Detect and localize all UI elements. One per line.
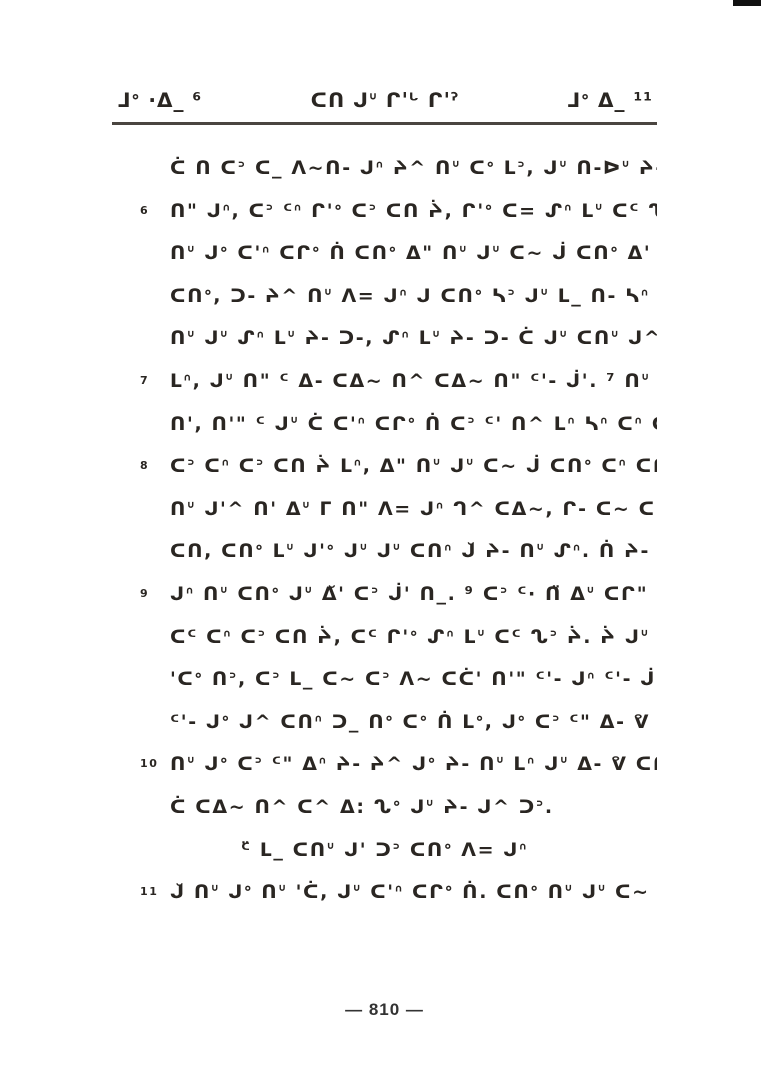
text-line: 'ᑕᐤ ᑎᐣ, ᑕᐣ ᒪ_ ᑕ~ ᑕᐣ ᐱ~ ᑕᑖ' ᑎ'" ᑦ'- ᒍᐢ ᑦ'… bbox=[112, 658, 657, 701]
line-text: ᑕᑎᐤ, ᑐ- ᔨ^ ᑎᐡ ᐱ= ᒍᐢ ᒍ ᑕᑎᐤ ᓴᐣ ᒍᐡ ᒪ_ ᑎ- ᓴᐢ… bbox=[170, 285, 657, 307]
text-line: ᑖ ᑎ ᑕᐣ ᑕ_ ᐱ~ᑎ- ᒍᐢ ᔨ^ ᑎᐡ ᑕᐤ ᒪᐣ, ᒍᐡ ᑎ-ᐅᐡ ᔨ… bbox=[112, 147, 657, 190]
verse-number: 9 bbox=[140, 573, 162, 616]
line-text: ᑖ ᑎ ᑕᐣ ᑕ_ ᐱ~ᑎ- ᒍᐢ ᔨ^ ᑎᐡ ᑕᐤ ᒪᐣ, ᒍᐡ ᑎ-ᐅᐡ ᔨ… bbox=[170, 157, 657, 179]
verse-number: 6 bbox=[140, 190, 162, 233]
line-text: 'ᑕᐤ ᑎᐣ, ᑕᐣ ᒪ_ ᑕ~ ᑕᐣ ᐱ~ ᑕᑖ' ᑎ'" ᑦ'- ᒍᐢ ᑦ'… bbox=[170, 668, 657, 690]
text-line: ᑎᐡ ᒍᐡ ᔑᐢ ᒪᐡ ᔨ- ᑐ-, ᔑᐢ ᒪᐡ ᔨ- ᑐ- ᑖ ᒍᐡ ᑕᑎᐡ … bbox=[112, 317, 657, 360]
line-text: ᒍ̆ ᑎᐡ ᒍᐤ ᑎᐡ 'ᑖ, ᒍᐡ ᑕ'ᐢ ᑕᒋᐤ ᑏ. ᑕᑎᐤ ᑎᐡ ᒍᐡ … bbox=[170, 881, 657, 903]
text-line: 7ᒪᐢ, ᒍᐡ ᑎ" ᑦ ᐃ- ᑕᐃ~ ᑎ^ ᑕᐃ~ ᑎ" ᑦ'- ᒎ'. ⁷ … bbox=[112, 360, 657, 403]
line-text: ᑎᐡ ᒍᐤ ᑕ'ᐢ ᑕᒋᐤ ᑏ ᑕᑎᐤ ᐃ" ᑎᐡ ᒍᐡ ᑕ~ ᒎ ᑕᑎᐤ ᐃ'… bbox=[170, 242, 657, 264]
text-line: ᑕᑎ, ᑕᑎᐤ ᒪᐡ ᒍ'ᐤ ᒍᐡ ᒍᐡ ᑕᑎᐢ ᒍ̆ ᔨ- ᑎᐡ ᔑᐢ. ᑏ … bbox=[112, 530, 657, 573]
verse-number: 8 bbox=[140, 445, 162, 488]
line-text: ᒍᐢ ᑎᐡ ᑕᑎᐤ ᒍᐡ ᐃ̆' ᑕᐣ ᒎ' ᑎ_. ⁹ ᑕᐣ ᑦ· ᑎ̈ ᐃᐡ… bbox=[170, 583, 657, 605]
verse-number: 11 bbox=[140, 871, 162, 914]
text-line: 8ᑕᐣ ᑕᐢ ᑕᐣ ᑕᑎ ᔩ ᒪᐢ, ᐃ" ᑎᐡ ᒍᐡ ᑕ~ ᒎ ᑕᑎᐤ ᑕᐢ … bbox=[112, 445, 657, 488]
text-line: 9ᒍᐢ ᑎᐡ ᑕᑎᐤ ᒍᐡ ᐃ̆' ᑕᐣ ᒎ' ᑎ_. ⁹ ᑕᐣ ᑦ· ᑎ̈ ᐃ… bbox=[112, 573, 657, 616]
text-line: ᑎᐡ ᒍ'^ ᑎ' ᐃᐡ ᒥ ᑎ" ᐱ= ᒍᐢ ᒉ^ ᑕᐃ~, ᒋ- ᑕ~ ᑕ^… bbox=[112, 488, 657, 531]
text-line: 11ᒍ̆ ᑎᐡ ᒍᐤ ᑎᐡ 'ᑖ, ᒍᐡ ᑕ'ᐢ ᑕᒋᐤ ᑏ. ᑕᑎᐤ ᑎᐡ ᒍ… bbox=[112, 871, 657, 914]
text-line: 10ᑎᐡ ᒍᐤ ᑕᐣ ᑦ" ᐃᐢ ᔨ- ᔨ^ ᒍᐤ ᔨ- ᑎᐡ ᒪᐢ ᒍᐡ ᐃ-… bbox=[112, 743, 657, 786]
verse-number: 7 bbox=[140, 360, 162, 403]
text-line: ᑎᐡ ᒍᐤ ᑕ'ᐢ ᑕᒋᐤ ᑏ ᑕᑎᐤ ᐃ" ᑎᐡ ᒍᐡ ᑕ~ ᒎ ᑕᑎᐤ ᐃ'… bbox=[112, 232, 657, 275]
text-line: ᑎ', ᑎ'" ᑦ ᒍᐡ ᑖ ᑕ'ᐢ ᑕᒋᐤ ᑏ ᑕᐣ ᑦ' ᑎ^ ᒪᐢ ᓴᐢ … bbox=[112, 403, 657, 446]
text-line: ᑕᑦ ᑕᐢ ᑕᐣ ᑕᑎ ᔩ, ᑕᑦ ᒋ'ᐤ ᔑᐢ ᒪᐡ ᑕᑦ ᔐᐣ ᔩ. ᔩ ᒍ… bbox=[112, 616, 657, 659]
verse-number: 10 bbox=[140, 743, 162, 786]
line-text: ᑎ', ᑎ'" ᑦ ᒍᐡ ᑖ ᑕ'ᐢ ᑕᒋᐤ ᑏ ᑕᐣ ᑦ' ᑎ^ ᒪᐢ ᓴᐢ … bbox=[170, 413, 657, 435]
line-text: ᑕᑎ, ᑕᑎᐤ ᒪᐡ ᒍ'ᐤ ᒍᐡ ᒍᐡ ᑕᑎᐢ ᒍ̆ ᔨ- ᑎᐡ ᔑᐢ. ᑏ … bbox=[170, 540, 657, 562]
line-text: ᒪᐢ, ᒍᐡ ᑎ" ᑦ ᐃ- ᑕᐃ~ ᑎ^ ᑕᐃ~ ᑎ" ᑦ'- ᒎ'. ⁷ ᑎ… bbox=[170, 370, 657, 392]
line-text: ᑎ" ᒍᐢ, ᑕᐣ ᑦᐢ ᒋ'ᐤ ᑕᐣ ᑕᑎ ᔩ, ᒋ'ᐤ ᑕ= ᔑᐢ ᒪᐡ ᑕ… bbox=[170, 200, 657, 222]
text-line: 6ᑎ" ᒍᐢ, ᑕᐣ ᑦᐢ ᒋ'ᐤ ᑕᐣ ᑕᑎ ᔩ, ᒋ'ᐤ ᑕ= ᔑᐢ ᒪᐡ … bbox=[112, 190, 657, 233]
header-right-reference: ᒧᐤ ᐃ_ ¹¹ bbox=[568, 88, 653, 112]
line-text: ᑎᐡ ᒍᐡ ᔑᐢ ᒪᐡ ᔨ- ᑐ-, ᔑᐢ ᒪᐡ ᔨ- ᑐ- ᑖ ᒍᐡ ᑕᑎᐡ … bbox=[170, 327, 657, 349]
scan-edge-mark bbox=[733, 0, 761, 6]
line-text: ᑦ̈ ᒪ_ ᑕᑎᐡ ᒍ' ᑐᐣ ᑕᑎᐤ ᐱ= ᒍᐢ bbox=[241, 839, 528, 861]
line-text: ᑎᐡ ᒍ'^ ᑎ' ᐃᐡ ᒥ ᑎ" ᐱ= ᒍᐢ ᒉ^ ᑕᐃ~, ᒋ- ᑕ~ ᑕ^… bbox=[170, 498, 657, 520]
line-text: ᑕᑦ ᑕᐢ ᑕᐣ ᑕᑎ ᔩ, ᑕᑦ ᒋ'ᐤ ᔑᐢ ᒪᐡ ᑕᑦ ᔐᐣ ᔩ. ᔩ ᒍ… bbox=[170, 626, 657, 648]
document-page: ᒧᐤ ·ᐃ_ ⁶ ᑕᑎ ᒍᐡ ᒋ'ᒡ ᒋ'ˀ ᒧᐤ ᐃ_ ¹¹ ᑖ ᑎ ᑕᐣ ᑕ… bbox=[112, 84, 657, 914]
text-body: ᑖ ᑎ ᑕᐣ ᑕ_ ᐱ~ᑎ- ᒍᐢ ᔨ^ ᑎᐡ ᑕᐤ ᒪᐣ, ᒍᐡ ᑎ-ᐅᐡ ᔨ… bbox=[112, 147, 657, 914]
text-line: ᑦ'- ᒍᐤ ᒍ^ ᑕᑎᐢ ᑐ_ ᑎᐤ ᑕᐤ ᑏ ᒪᐤ, ᒍᐤ ᑕᐣ ᑦ" ᐃ-… bbox=[112, 701, 657, 744]
line-text: ᑦ'- ᒍᐤ ᒍ^ ᑕᑎᐢ ᑐ_ ᑎᐤ ᑕᐤ ᑏ ᒪᐤ, ᒍᐤ ᑕᐣ ᑦ" ᐃ-… bbox=[170, 711, 657, 733]
section-heading: ᑦ̈ ᒪ_ ᑕᑎᐡ ᒍ' ᑐᐣ ᑕᑎᐤ ᐱ= ᒍᐢ bbox=[112, 829, 657, 872]
running-header: ᒧᐤ ·ᐃ_ ⁶ ᑕᑎ ᒍᐡ ᒋ'ᒡ ᒋ'ˀ ᒧᐤ ᐃ_ ¹¹ bbox=[112, 84, 657, 120]
header-rule bbox=[112, 122, 657, 125]
page-number: — 810 — bbox=[0, 1000, 769, 1020]
line-text: ᑖ ᑕᐃ~ ᑎ^ ᑕ^ ᐃ: ᔐᐤ ᒍᐡ ᔨ- ᒍ^ ᑐᐣ. bbox=[170, 796, 554, 818]
line-text: ᑎᐡ ᒍᐤ ᑕᐣ ᑦ" ᐃᐢ ᔨ- ᔨ^ ᒍᐤ ᔨ- ᑎᐡ ᒪᐢ ᒍᐡ ᐃ- ᕓ… bbox=[170, 753, 657, 775]
line-text: ᑕᐣ ᑕᐢ ᑕᐣ ᑕᑎ ᔩ ᒪᐢ, ᐃ" ᑎᐡ ᒍᐡ ᑕ~ ᒎ ᑕᑎᐤ ᑕᐢ ᑕ… bbox=[170, 455, 657, 477]
text-line: ᑕᑎᐤ, ᑐ- ᔨ^ ᑎᐡ ᐱ= ᒍᐢ ᒍ ᑕᑎᐤ ᓴᐣ ᒍᐡ ᒪ_ ᑎ- ᓴᐢ… bbox=[112, 275, 657, 318]
text-line: ᑖ ᑕᐃ~ ᑎ^ ᑕ^ ᐃ: ᔐᐤ ᒍᐡ ᔨ- ᒍ^ ᑐᐣ. bbox=[112, 786, 657, 829]
